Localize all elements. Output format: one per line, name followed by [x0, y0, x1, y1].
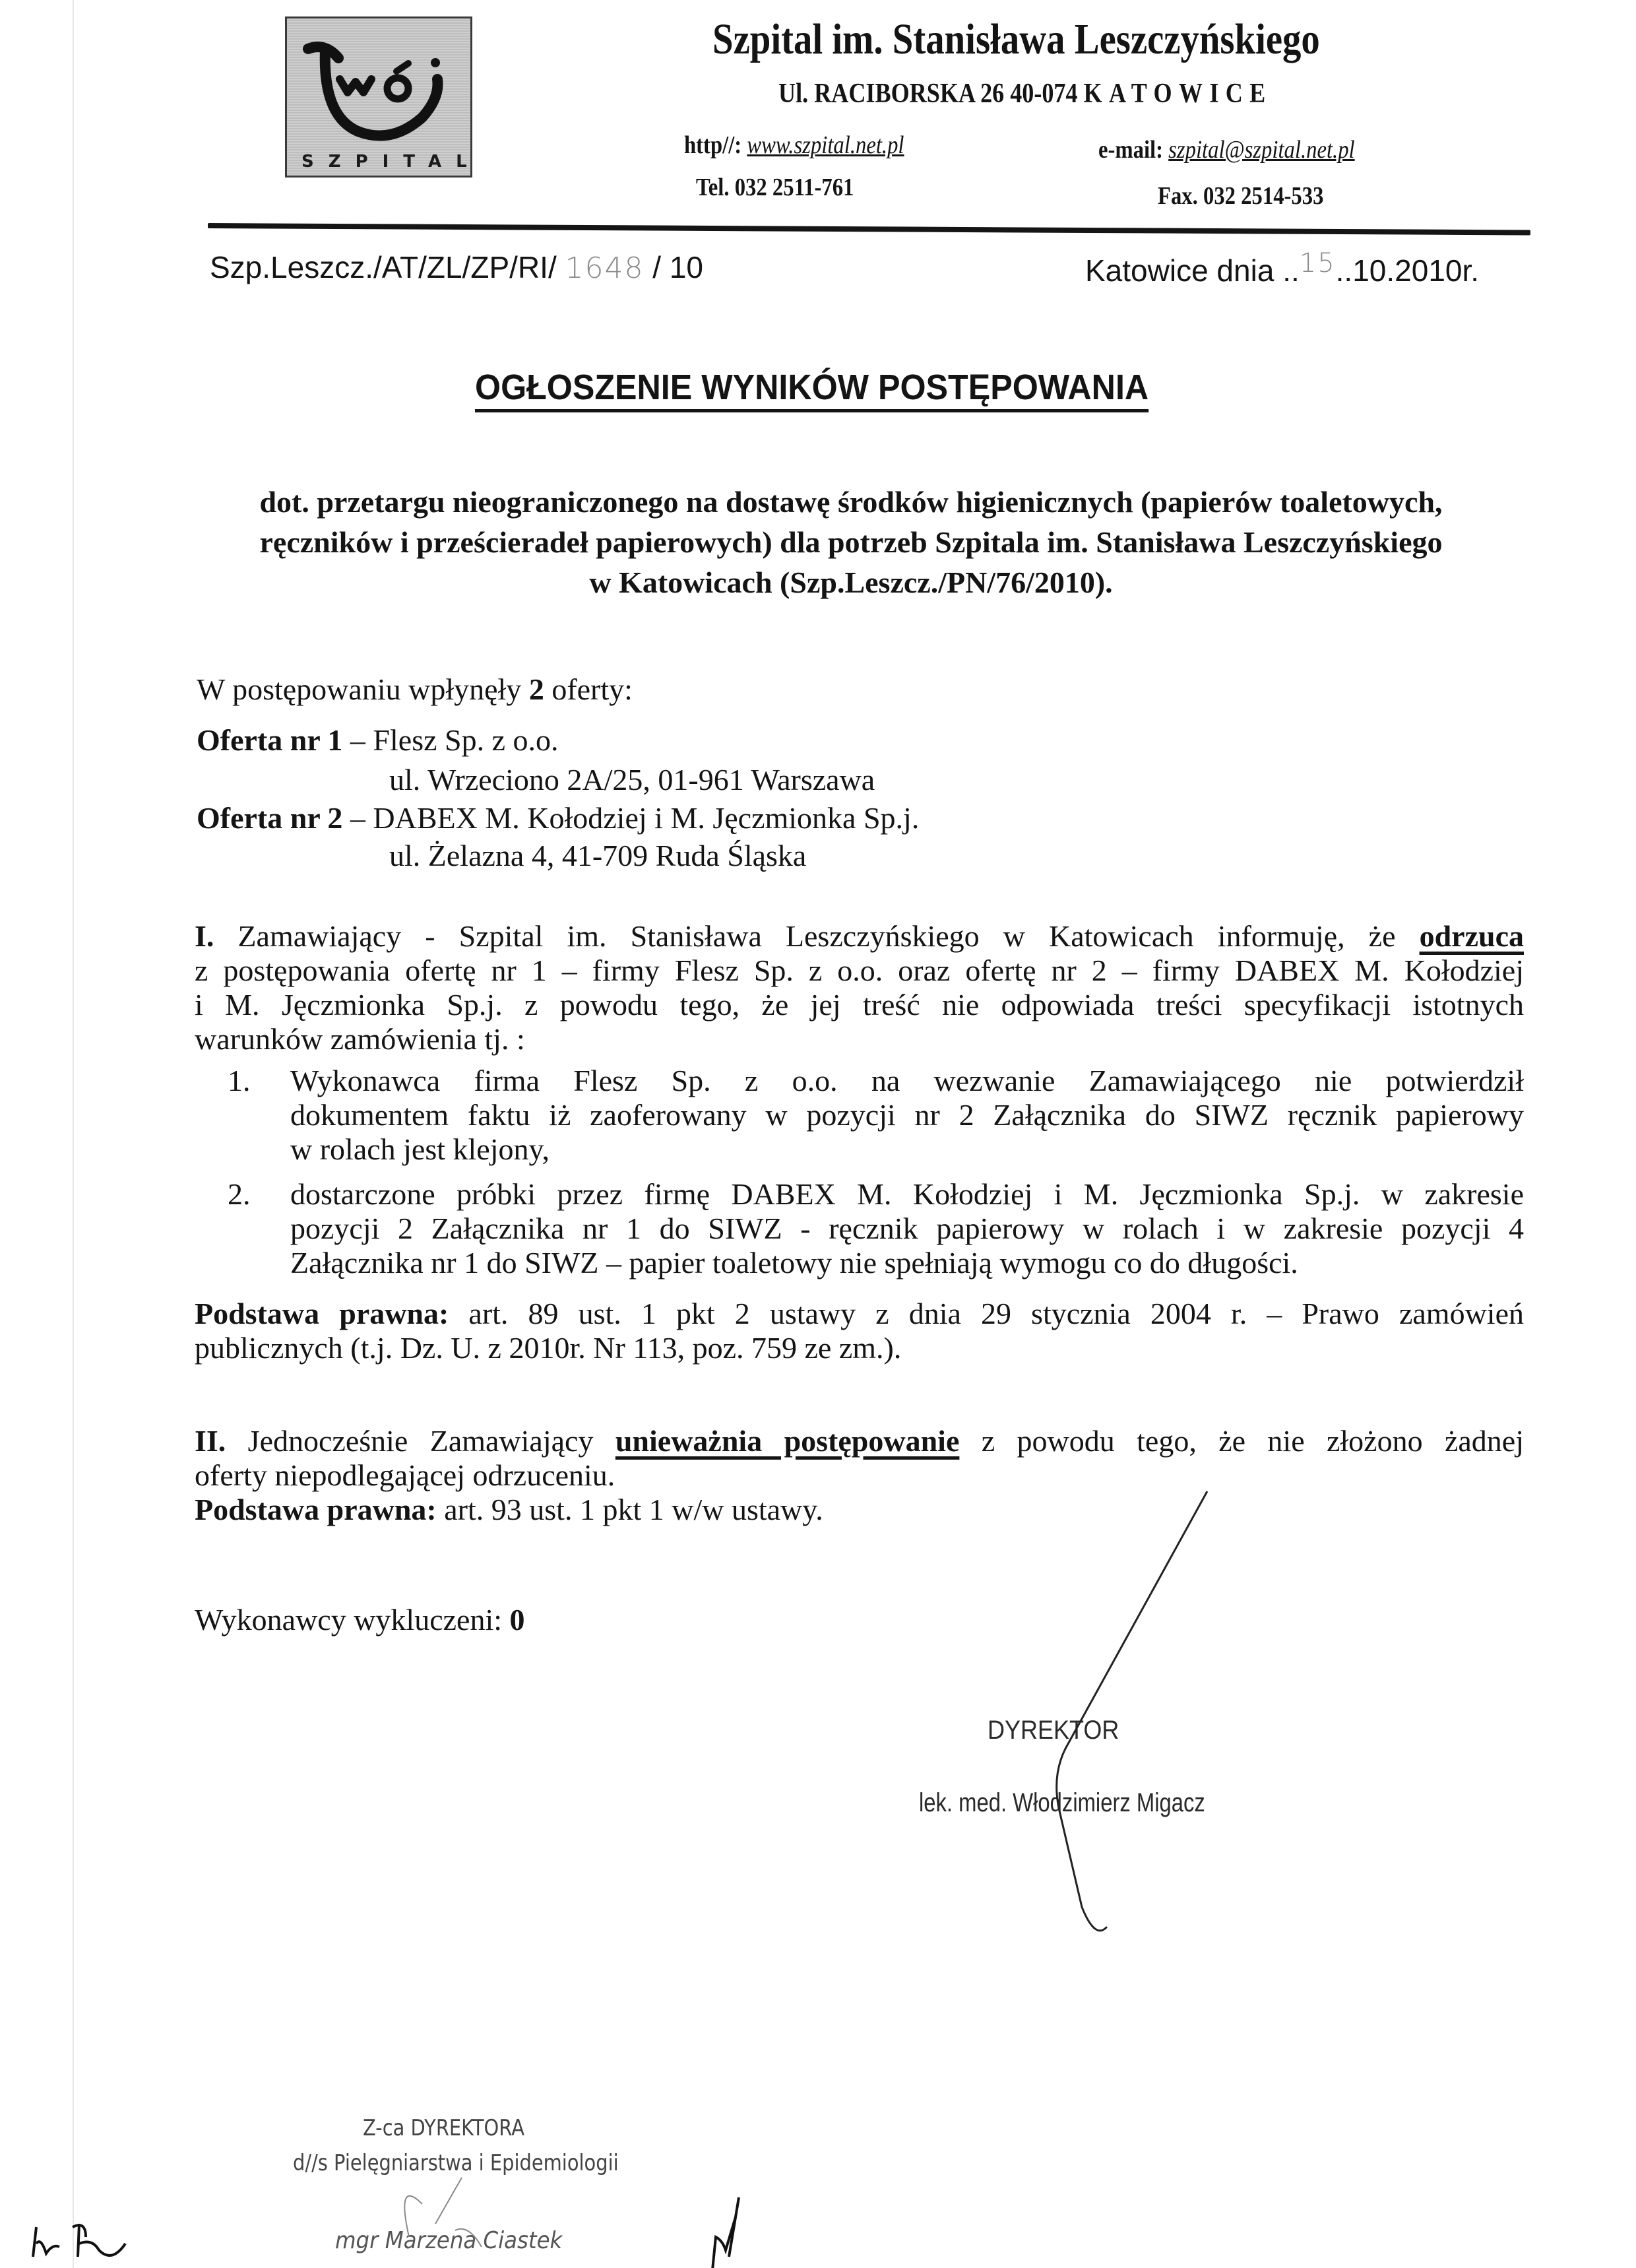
subject-line: ręczników i prześcieradeł papierowych) d…: [198, 522, 1504, 562]
section-2-text: Jednocześnie Zamawiający: [226, 1424, 615, 1458]
director-signature-icon: [1057, 1491, 1207, 1931]
email-label: e-mail:: [1098, 136, 1163, 164]
section-2-line: II. Jednocześnie Zamawiający unieważnia …: [195, 1424, 1524, 1458]
reason-item: 1. Wykonawca firma Flesz Sp. z o.o. na w…: [228, 1064, 1524, 1167]
header-divider: [208, 223, 1530, 235]
reference-suffix: / 10: [652, 250, 703, 284]
reason-line: Wykonawca firma Flesz Sp. z o.o. na wezw…: [290, 1064, 1524, 1098]
reference-prefix: Szp.Leszcz./AT/ZL/ZP/RI/: [210, 250, 557, 284]
email-line: e-mail: szpital@szpital.net.pl: [1098, 135, 1355, 164]
phone-number: Tel. 032 2511-761: [696, 173, 854, 202]
offer-label: Oferta nr 1: [197, 723, 342, 757]
section-1-text: Zamawiający - Szpital im. Stanisława Les…: [214, 919, 1419, 953]
reason-number: 1.: [228, 1064, 251, 1098]
website-label: http//:: [684, 131, 741, 159]
date-rest: ..10.2010r.: [1336, 253, 1479, 288]
section-2-numeral: II.: [195, 1424, 226, 1458]
website-line: http//: www.szpital.net.pl: [684, 131, 904, 160]
document-title: OGŁOSZENIE WYNIKÓW POSTĘPOWANIA: [475, 367, 1148, 412]
offer-1: Oferta nr 1 – Flesz Sp. z o.o.: [197, 723, 559, 758]
legal-basis-text: art. 93 ust. 1 pkt 1 w/w ustawy.: [437, 1493, 823, 1526]
document-date: Katowice dnia ..15..10.2010r.: [1085, 253, 1479, 288]
offers-intro: W postępowaniu wpłynęły 2 oferty:: [197, 672, 633, 707]
handwritten-day: 15: [1300, 248, 1336, 278]
reason-line: dokumentem faktu iż zaoferowany w pozycj…: [290, 1098, 1524, 1132]
legal-basis-line: publicznych (t.j. Dz. U. z 2010r. Nr 113…: [195, 1331, 1524, 1365]
address-street: Ul. RACIBORSKA 26 40-074: [778, 79, 1078, 109]
reason-number: 2.: [228, 1177, 251, 1212]
offer-company: – Flesz Sp. z o.o.: [342, 723, 558, 757]
initials-right-icon: [712, 2197, 739, 2268]
subject-block: dot. przetargu nieograniczonego na dosta…: [198, 482, 1504, 602]
offer-2-address: ul. Żelazna 4, 41-709 Ruda Śląska: [389, 838, 806, 873]
offers-count: 2: [529, 672, 544, 706]
annul-emphasis: unieważnia postępowanie: [615, 1424, 960, 1458]
section-1: I. Zamawiający - Szpital im. Stanisława …: [195, 919, 1524, 1056]
offer-label: Oferta nr 2: [197, 801, 342, 835]
offers-intro-end: oferty:: [544, 672, 633, 706]
reason-line: pozycji 2 Załącznika nr 1 do SIWZ - ręcz…: [290, 1212, 1524, 1246]
hospital-name: Szpital im. Stanisława Leszczyńskiego: [712, 15, 1320, 65]
excluded-contractors: Wykonawcy wykluczeni: 0: [195, 1602, 525, 1637]
rejection-reasons: 1. Wykonawca firma Flesz Sp. z o.o. na w…: [228, 1064, 1524, 1291]
legal-basis-line: Podstawa prawna: art. 89 ust. 1 pkt 2 us…: [195, 1297, 1524, 1331]
section-1-legal-basis: Podstawa prawna: art. 89 ust. 1 pkt 2 us…: [195, 1297, 1524, 1365]
offer-2: Oferta nr 2 – DABEX M. Kołodziej i M. Ję…: [197, 800, 919, 835]
subject-line: w Katowicach (Szp.Leszcz./PN/76/2010).: [198, 562, 1504, 602]
section-1-line: warunków zamówienia tj. :: [195, 1022, 1524, 1056]
hospital-logo: SZPITAL: [285, 16, 472, 178]
section-1-line: z postępowania ofertę nr 1 – firmy Flesz…: [195, 954, 1524, 988]
scan-edge-line: [73, 0, 74, 2268]
date-label: Katowice dnia: [1085, 253, 1282, 288]
section-2: II. Jednocześnie Zamawiający unieważnia …: [195, 1424, 1524, 1527]
reference-number: Szp.Leszcz./AT/ZL/ZP/RI/ 1648 / 10: [210, 249, 703, 285]
section-1-line: i M. Jęczmionka Sp.j. z powodu tego, że …: [195, 988, 1524, 1022]
reason-line: dostarczone próbki przez firmę DABEX M. …: [290, 1177, 1524, 1212]
website-link[interactable]: www.szpital.net.pl: [747, 131, 904, 159]
section-2-line: oferty niepodlegającej odrzuceniu.: [195, 1458, 1524, 1493]
handwritten-reference: 1648: [565, 251, 645, 285]
deputy-director-name: mgr Marzena Ciastek: [335, 2227, 562, 2254]
reason-item: 2. dostarczone próbki przez firmę DABEX …: [228, 1177, 1524, 1280]
address-city: KATOWICE: [1084, 79, 1273, 109]
fax-number: Fax. 032 2514-533: [1158, 181, 1323, 211]
legal-basis-label: Podstawa prawna:: [195, 1297, 449, 1330]
email-link[interactable]: szpital@szpital.net.pl: [1168, 136, 1354, 164]
legal-basis-text: art. 89 ust. 1 pkt 2 ustawy z dnia 29 st…: [449, 1297, 1524, 1330]
reason-line: w rolach jest klejony,: [290, 1132, 1524, 1167]
section-2-text: z powodu tego, że nie złożono żadnej: [959, 1424, 1524, 1458]
subject-line: dot. przetargu nieograniczonego na dosta…: [198, 482, 1504, 522]
section-1-numeral: I.: [195, 919, 214, 953]
date-dots: ..: [1282, 253, 1300, 288]
excluded-count: 0: [510, 1603, 525, 1636]
deputy-director-title: Z-ca DYREKTORA: [363, 2115, 524, 2141]
initials-left-icon: [33, 2224, 125, 2257]
logo-caption: SZPITAL: [287, 152, 470, 172]
section-1-line: I. Zamawiający - Szpital im. Stanisława …: [195, 919, 1524, 954]
offer-company: – DABEX M. Kołodziej i M. Jęczmionka Sp.…: [342, 801, 919, 835]
reason-line: Załącznika nr 1 do SIWZ – papier toaleto…: [290, 1246, 1524, 1280]
reject-emphasis: odrzuca: [1420, 919, 1524, 953]
excluded-label: Wykonawcy wykluczeni:: [195, 1603, 510, 1636]
hospital-address: Ul. RACIBORSKA 26 40-074 KATOWICE: [778, 78, 1273, 110]
deputy-director-department: d//s Pielęgniarstwa i Epidemiologii: [293, 2150, 619, 2176]
director-name: lek. med. Włodzimierz Migacz: [919, 1788, 1205, 1818]
legal-basis-label: Podstawa prawna:: [195, 1493, 437, 1526]
section-2-legal-basis: Podstawa prawna: art. 93 ust. 1 pkt 1 w/…: [195, 1493, 1524, 1527]
director-title: DYREKTOR: [988, 1716, 1119, 1745]
offer-1-address: ul. Wrzeciono 2A/25, 01-961 Warszawa: [389, 762, 875, 797]
offers-intro-text: W postępowaniu wpłynęły: [197, 672, 529, 706]
